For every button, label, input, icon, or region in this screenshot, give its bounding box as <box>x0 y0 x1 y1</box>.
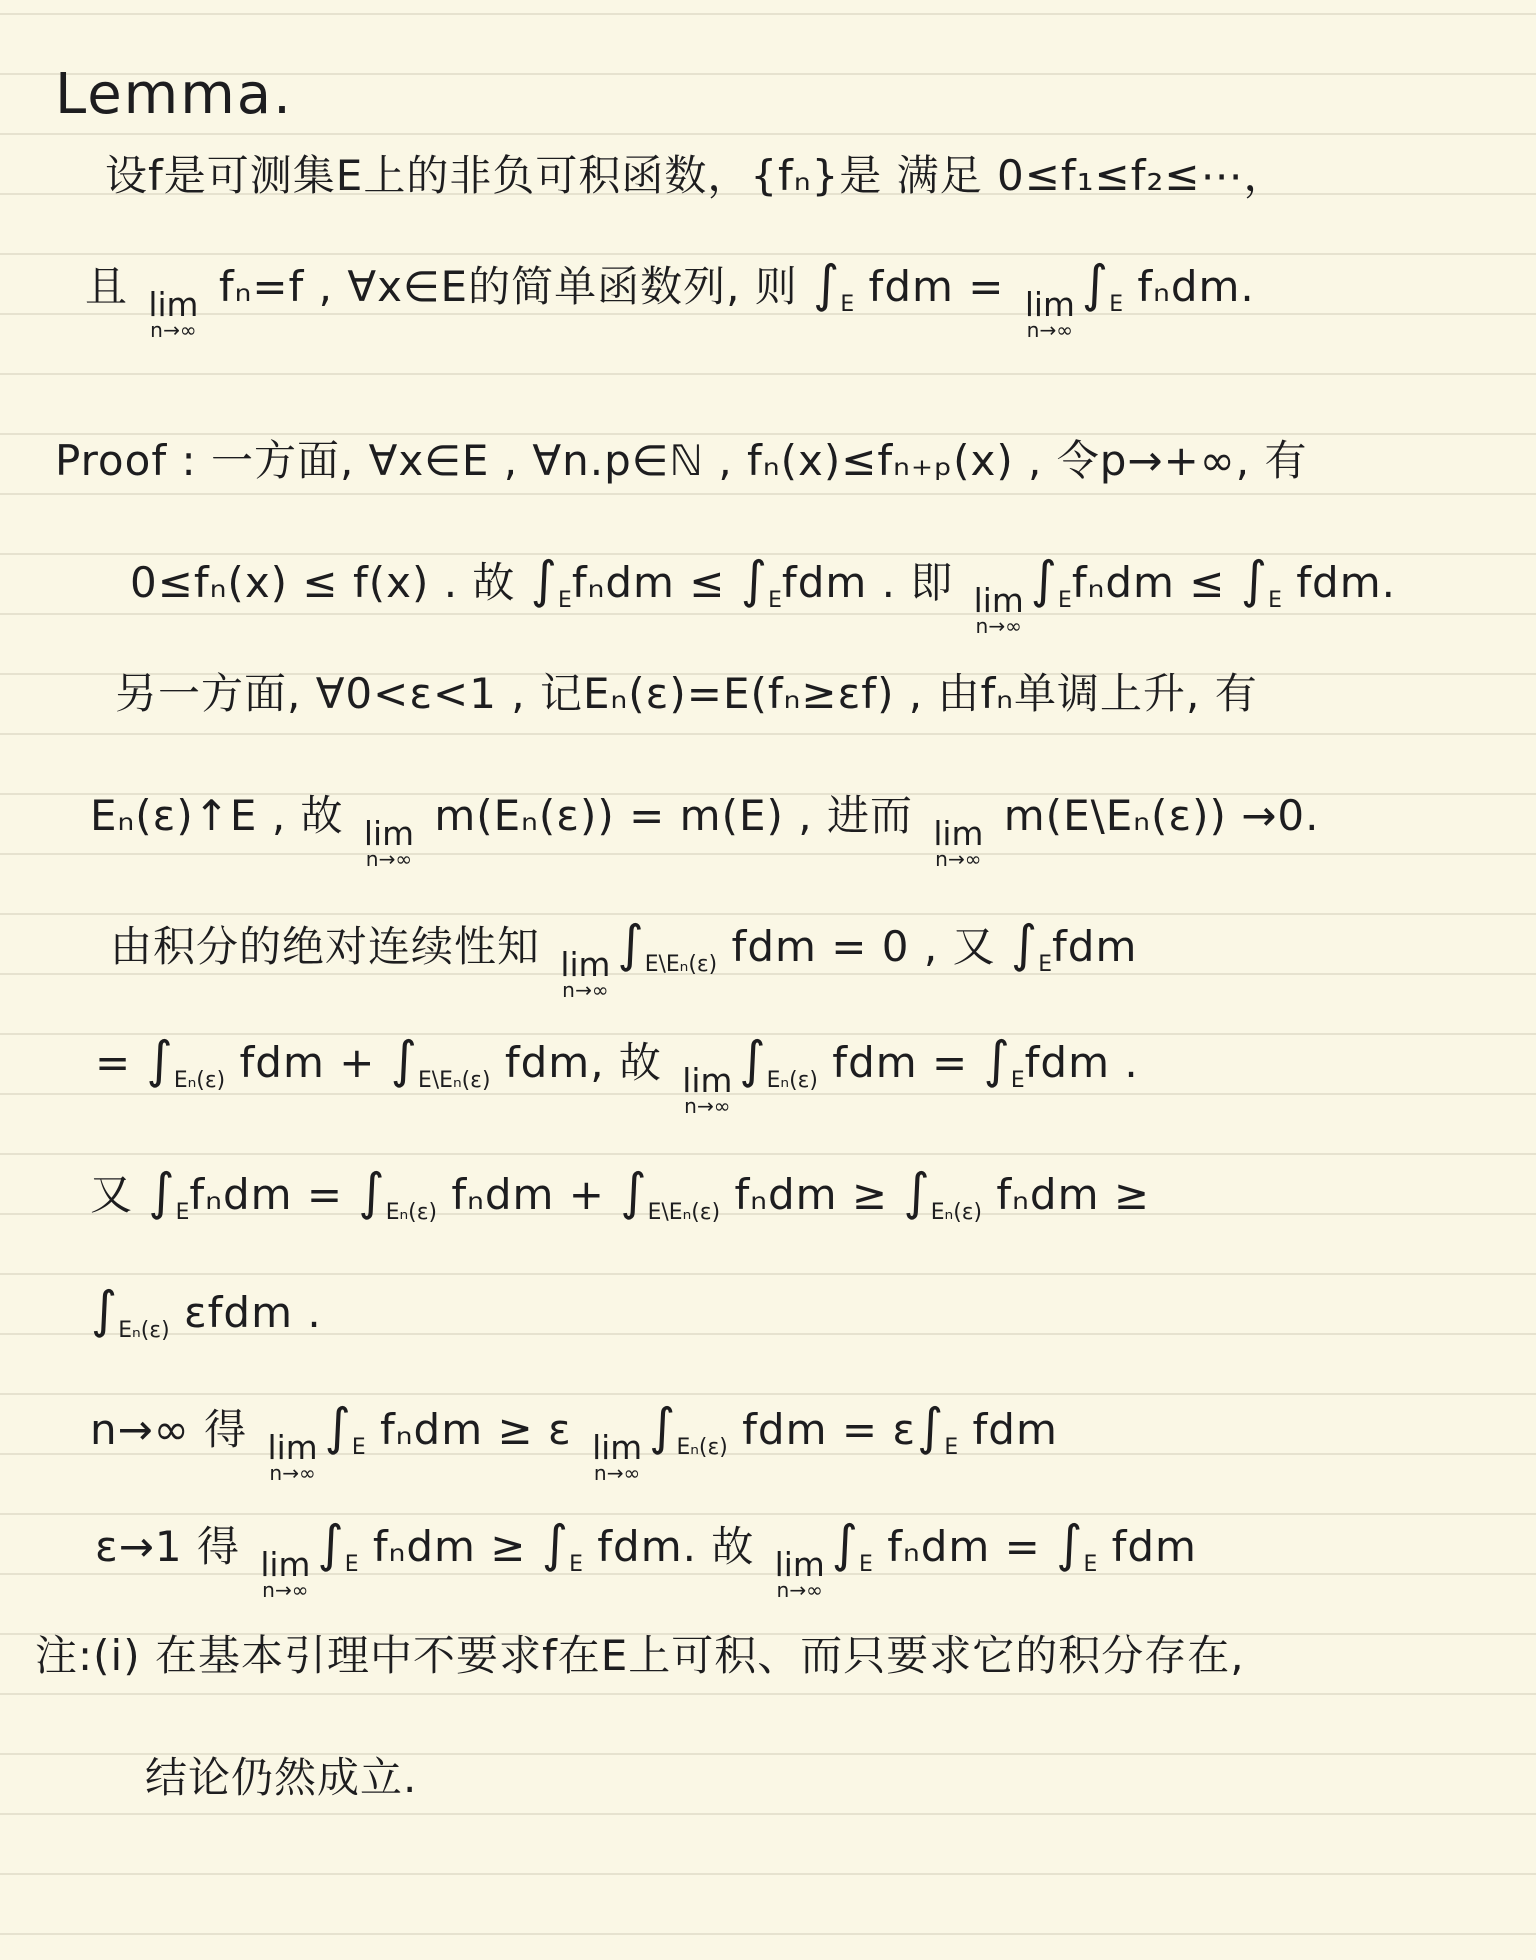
limit-under-text: n→∞ <box>975 617 1021 636</box>
limit-under-text: n→∞ <box>366 850 412 869</box>
limit-under-text: n→∞ <box>935 850 981 869</box>
text-segment: fₙdm ≤ <box>1072 558 1240 607</box>
text-segment: Proof : 一方面, ∀x∈E , ∀n.p∈ℕ , fₙ(x)≤fₙ₊ₚ(… <box>55 436 1307 485</box>
integral-sign: ∫ <box>738 1030 766 1089</box>
limit-word: lim <box>560 950 610 981</box>
text-segment: fdm = <box>818 1038 983 1087</box>
integral-subscript: E <box>1038 952 1052 977</box>
integral-subscript: E <box>840 292 854 317</box>
limit-word: lim <box>933 819 983 850</box>
integral-subscript: Eₙ(ε) <box>118 1318 169 1343</box>
remark-line-1: 注:(i) 在基本引理中不要求f在E上可积、而只要求它的积分存在, <box>35 1630 1245 1683</box>
integral-sign: ∫ <box>1010 914 1038 973</box>
integral-sign: ∫ <box>357 1162 385 1221</box>
limit-word: lim <box>974 586 1024 617</box>
limit-word: lim <box>148 290 198 321</box>
text-segment: fdm = <box>854 262 1019 311</box>
text-segment: 0≤fₙ(x) ≤ f(x) . 故 <box>130 558 530 607</box>
text-segment: fₙdm ≥ <box>982 1170 1150 1219</box>
limit-word: lim <box>1025 290 1075 321</box>
text-segment: fₙdm = <box>189 1170 357 1219</box>
limit-word: lim <box>682 1066 732 1097</box>
integral-sign: ∫ <box>147 1162 175 1221</box>
integral-sign: ∫ <box>90 1280 118 1339</box>
limit-under-text: n→∞ <box>262 1581 308 1600</box>
limit-under-text: n→∞ <box>150 321 196 340</box>
text-segment: fₙdm ≤ <box>572 558 740 607</box>
limit-word: lim <box>592 1433 642 1464</box>
text-segment: n→∞ 得 <box>90 1405 262 1454</box>
text-segment: fdm + <box>225 1038 390 1087</box>
proof-line-3: 另一方面, ∀0<ε<1 , 记Eₙ(ε)=E(fₙ≥εf) , 由fₙ单调上升… <box>115 668 1258 721</box>
integral-subscript: E\Eₙ(ε) <box>418 1068 490 1093</box>
integral-subscript: E <box>558 588 572 613</box>
integral-subscript: E <box>352 1435 366 1460</box>
integral-subscript: E <box>1268 588 1282 613</box>
limit-word: lim <box>268 1433 318 1464</box>
integral-subscript: Eₙ(ε) <box>767 1068 818 1093</box>
limit-under-text: n→∞ <box>269 1464 315 1483</box>
limit-operator: limn→∞ <box>1025 290 1075 340</box>
integral-subscript: E <box>1083 1552 1097 1577</box>
text-segment: 另一方面, ∀0<ε<1 , 记Eₙ(ε)=E(fₙ≥εf) , 由fₙ单调上升… <box>115 669 1258 718</box>
text-segment: 且 <box>85 262 142 311</box>
text-segment: fdm. <box>1282 558 1396 607</box>
limit-operator: limn→∞ <box>560 950 610 1000</box>
text-segment: fdm = ε <box>728 1405 916 1454</box>
integral-sign: ∫ <box>1055 1514 1083 1573</box>
integral-subscript: Eₙ(ε) <box>676 1435 727 1460</box>
integral-sign: ∫ <box>740 550 768 609</box>
text-segment: 由积分的绝对连续性知 <box>110 922 554 971</box>
lemma-title: Lemma. <box>55 62 293 127</box>
limit-under-text: n→∞ <box>1027 321 1073 340</box>
integral-subscript: E <box>569 1552 583 1577</box>
integral-sign: ∫ <box>812 254 840 313</box>
text-segment: fₙdm ≥ <box>359 1522 541 1571</box>
proof-line-9: n→∞ 得 limn→∞∫E fₙdm ≥ ε limn→∞∫Eₙ(ε) fdm… <box>90 1395 1058 1483</box>
limit-operator: limn→∞ <box>933 819 983 869</box>
integral-subscript: E <box>944 1435 958 1460</box>
text-segment: fdm . 即 <box>782 558 968 607</box>
notebook-page: Lemma. 设f是可测集E上的非负可积函数，{fₙ}是 满足 0≤f₁≤f₂≤… <box>0 0 1536 1960</box>
integral-sign: ∫ <box>916 1397 944 1456</box>
integral-sign: ∫ <box>1081 254 1109 313</box>
proof-line-4: Eₙ(ε)↑E , 故 limn→∞ m(Eₙ(ε)) = m(E) , 进而 … <box>90 790 1320 869</box>
limit-word: lim <box>364 819 414 850</box>
integral-subscript: E <box>859 1552 873 1577</box>
integral-sign: ∫ <box>1240 550 1268 609</box>
integral-sign: ∫ <box>530 550 558 609</box>
text-segment: fdm <box>1052 922 1137 971</box>
limit-operator: limn→∞ <box>592 1433 642 1483</box>
integral-subscript: E <box>1058 588 1072 613</box>
limit-under-text: n→∞ <box>594 1464 640 1483</box>
text-segment: fₙdm = <box>873 1522 1055 1571</box>
text-segment: 结论仍然成立. <box>145 1753 417 1802</box>
text-segment: fdm . <box>1025 1038 1139 1087</box>
limit-word: lim <box>775 1550 825 1581</box>
text-segment: fdm <box>958 1405 1058 1454</box>
proof-line-10: ε→1 得 limn→∞∫E fₙdm ≥ ∫E fdm. 故 limn→∞∫E… <box>95 1512 1197 1600</box>
integral-sign: ∫ <box>541 1514 569 1573</box>
proof-line-8: ∫Eₙ(ε) εfdm . <box>90 1278 322 1344</box>
proof-line-5: 由积分的绝对连续性知 limn→∞∫E\Eₙ(ε) fdm = 0 , 又 ∫E… <box>110 912 1137 1000</box>
integral-sign: ∫ <box>316 1514 344 1573</box>
limit-operator: limn→∞ <box>268 1433 318 1483</box>
remark-line-2: 结论仍然成立. <box>145 1752 417 1805</box>
text-segment: fdm, 故 <box>490 1038 676 1087</box>
limit-under-text: n→∞ <box>684 1097 730 1116</box>
lemma-statement-line-2: 且 limn→∞ fₙ=f , ∀x∈E的简单函数列, 则 ∫E fdm = l… <box>85 252 1255 340</box>
integral-subscript: Eₙ(ε) <box>931 1200 982 1225</box>
limit-operator: limn→∞ <box>682 1066 732 1116</box>
integral-sign: ∫ <box>324 1397 352 1456</box>
text-segment: fₙdm ≥ <box>720 1170 902 1219</box>
integral-subscript: Eₙ(ε) <box>174 1068 225 1093</box>
text-segment: fdm = 0 , 又 <box>717 922 1010 971</box>
integral-subscript: Eₙ(ε) <box>386 1200 437 1225</box>
text-segment: fₙdm + <box>437 1170 619 1219</box>
text-segment: m(Eₙ(ε)) = m(E) , 进而 <box>420 791 927 840</box>
text-segment: fₙdm. <box>1123 262 1255 311</box>
lemma-statement-line-1: 设f是可测集E上的非负可积函数，{fₙ}是 满足 0≤f₁≤f₂≤⋯， <box>105 150 1287 203</box>
limit-word: lim <box>260 1550 310 1581</box>
limit-operator: limn→∞ <box>148 290 198 340</box>
limit-operator: limn→∞ <box>775 1550 825 1600</box>
text-segment: 设f是可测集E上的非负可积函数，{fₙ}是 满足 0≤f₁≤f₂≤⋯， <box>105 151 1287 200</box>
integral-sign: ∫ <box>983 1030 1011 1089</box>
integral-sign: ∫ <box>390 1030 418 1089</box>
text-segment: fₙdm ≥ ε <box>366 1405 586 1454</box>
proof-line-2: 0≤fₙ(x) ≤ f(x) . 故 ∫Efₙdm ≤ ∫Efdm . 即 li… <box>130 548 1396 636</box>
integral-sign: ∫ <box>1030 550 1058 609</box>
text-segment: fₙ=f , ∀x∈E的简单函数列, 则 <box>204 262 812 311</box>
limit-operator: limn→∞ <box>364 819 414 869</box>
text-segment: 注:(i) 在基本引理中不要求f在E上可积、而只要求它的积分存在, <box>35 1631 1245 1680</box>
limit-operator: limn→∞ <box>260 1550 310 1600</box>
integral-subscript: E\Eₙ(ε) <box>645 952 717 977</box>
text-segment: εfdm . <box>170 1288 322 1337</box>
text-segment: ε→1 得 <box>95 1522 254 1571</box>
integral-sign: ∫ <box>648 1397 676 1456</box>
integral-sign: ∫ <box>831 1514 859 1573</box>
text-segment: fdm <box>1097 1522 1197 1571</box>
text-segment: fdm. 故 <box>583 1522 769 1571</box>
limit-operator: limn→∞ <box>974 586 1024 636</box>
proof-line-1: Proof : 一方面, ∀x∈E , ∀n.p∈ℕ , fₙ(x)≤fₙ₊ₚ(… <box>55 435 1307 488</box>
integral-subscript: E <box>1109 292 1123 317</box>
limit-under-text: n→∞ <box>562 981 608 1000</box>
integral-sign: ∫ <box>902 1162 930 1221</box>
proof-line-6: = ∫Eₙ(ε) fdm + ∫E\Eₙ(ε) fdm, 故 limn→∞∫Eₙ… <box>95 1028 1139 1116</box>
integral-subscript: E <box>345 1552 359 1577</box>
integral-sign: ∫ <box>146 1030 174 1089</box>
integral-subscript: E <box>176 1200 190 1225</box>
proof-line-7: 又 ∫Efₙdm = ∫Eₙ(ε) fₙdm + ∫E\Eₙ(ε) fₙdm ≥… <box>90 1160 1150 1226</box>
integral-subscript: E\Eₙ(ε) <box>648 1200 720 1225</box>
integral-subscript: E <box>768 588 782 613</box>
text-segment: m(E\Eₙ(ε)) →0. <box>989 791 1319 840</box>
limit-under-text: n→∞ <box>776 1581 822 1600</box>
integral-sign: ∫ <box>619 1162 647 1221</box>
text-segment: = <box>95 1038 146 1087</box>
text-segment: 又 <box>90 1170 147 1219</box>
integral-subscript: E <box>1011 1068 1025 1093</box>
integral-sign: ∫ <box>616 914 644 973</box>
text-segment: Eₙ(ε)↑E , 故 <box>90 791 358 840</box>
